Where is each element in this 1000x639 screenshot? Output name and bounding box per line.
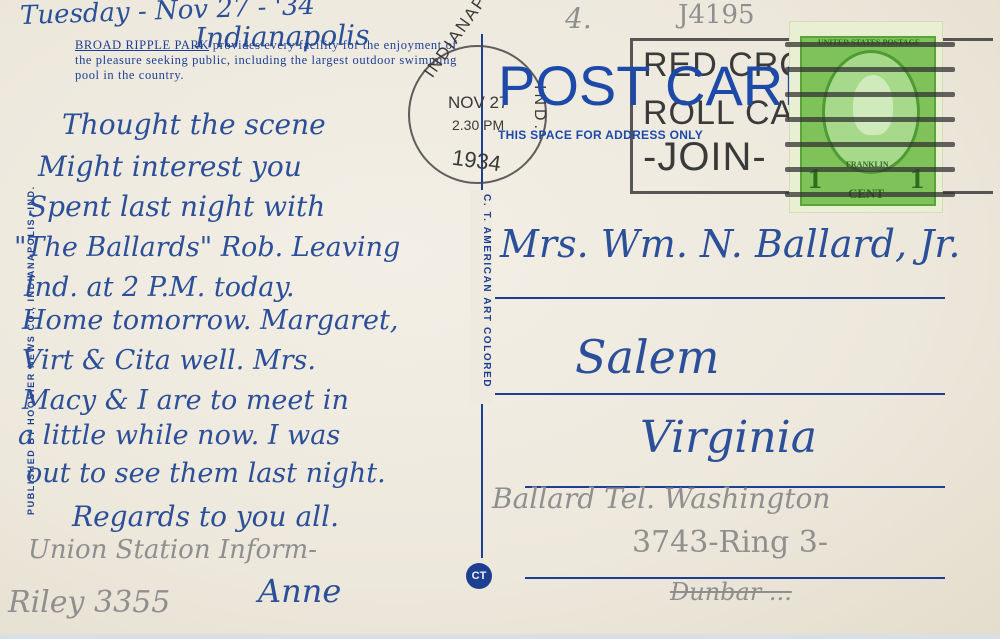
message-line: "The Ballards" Rob. Leaving bbox=[14, 232, 400, 263]
message-line: out to see them last night. bbox=[26, 458, 386, 489]
address-line-2 bbox=[495, 393, 945, 395]
message-line: Home tomorrow. Margaret, bbox=[22, 305, 398, 336]
cancel-bar bbox=[785, 192, 955, 197]
message-line: Macy & I are to meet in bbox=[22, 385, 349, 416]
cancel-bar bbox=[785, 167, 955, 172]
pencil-note-struck: Dunbar ... bbox=[670, 578, 792, 606]
message-line: a little while now. I was bbox=[18, 420, 340, 451]
cancel-bar bbox=[785, 142, 955, 147]
pencil-note-ring: 3743-Ring 3- bbox=[632, 525, 828, 560]
address-recipient: Mrs. Wm. N. Ballard, Jr. bbox=[500, 222, 960, 266]
message-line: Might interest you bbox=[38, 150, 302, 183]
message-signature: Anne bbox=[258, 572, 341, 610]
park-name: BROAD RIPPLE PARK bbox=[75, 38, 209, 52]
cancel-bar bbox=[785, 67, 955, 72]
message-line: Ind. at 2 P.M. today. bbox=[24, 272, 295, 303]
cancel-bar bbox=[785, 117, 955, 122]
message-closing: Regards to you all. bbox=[72, 500, 339, 533]
pencil-note-riley: Riley 3355 bbox=[8, 585, 170, 620]
message-line: Virt & Cita well. Mrs. bbox=[22, 345, 316, 376]
address-state: Virginia bbox=[640, 412, 817, 463]
cancel-bar bbox=[785, 92, 955, 97]
park-caption: BROAD RIPPLE PARK provides every facilit… bbox=[75, 38, 475, 83]
postcard-back: Tuesday - Nov 27 - '34 Indianapolis BROA… bbox=[0, 0, 1000, 634]
pencil-mark: 4. bbox=[565, 2, 592, 35]
slogan-join: -JOIN- bbox=[643, 140, 767, 174]
postcard-heading: POST CARD bbox=[498, 58, 824, 114]
message-line: Thought the scene bbox=[62, 108, 326, 141]
message-line: Spent last night with bbox=[28, 190, 325, 223]
printer-credit: C. T. AMERICAN ART COLORED bbox=[470, 190, 492, 404]
pencil-note-union-station: Union Station Inform- bbox=[28, 535, 317, 565]
postage-stamp: UNITED STATES POSTAGE FRANKLIN 1 1 CENT bbox=[790, 22, 942, 212]
address-line-1 bbox=[495, 297, 945, 299]
address-only-label: THIS SPACE FOR ADDRESS ONLY bbox=[498, 128, 703, 142]
ct-chicago-logo: CT bbox=[466, 563, 492, 589]
cancel-bar bbox=[785, 42, 955, 47]
postmark-time: 2.30 PM bbox=[452, 117, 504, 133]
pencil-note-ballard-tel: Ballard Tel. Washington bbox=[492, 482, 830, 515]
address-city: Salem bbox=[575, 330, 720, 384]
franklin-portrait-icon bbox=[853, 75, 893, 135]
catalog-number: J4195 bbox=[678, 0, 755, 30]
